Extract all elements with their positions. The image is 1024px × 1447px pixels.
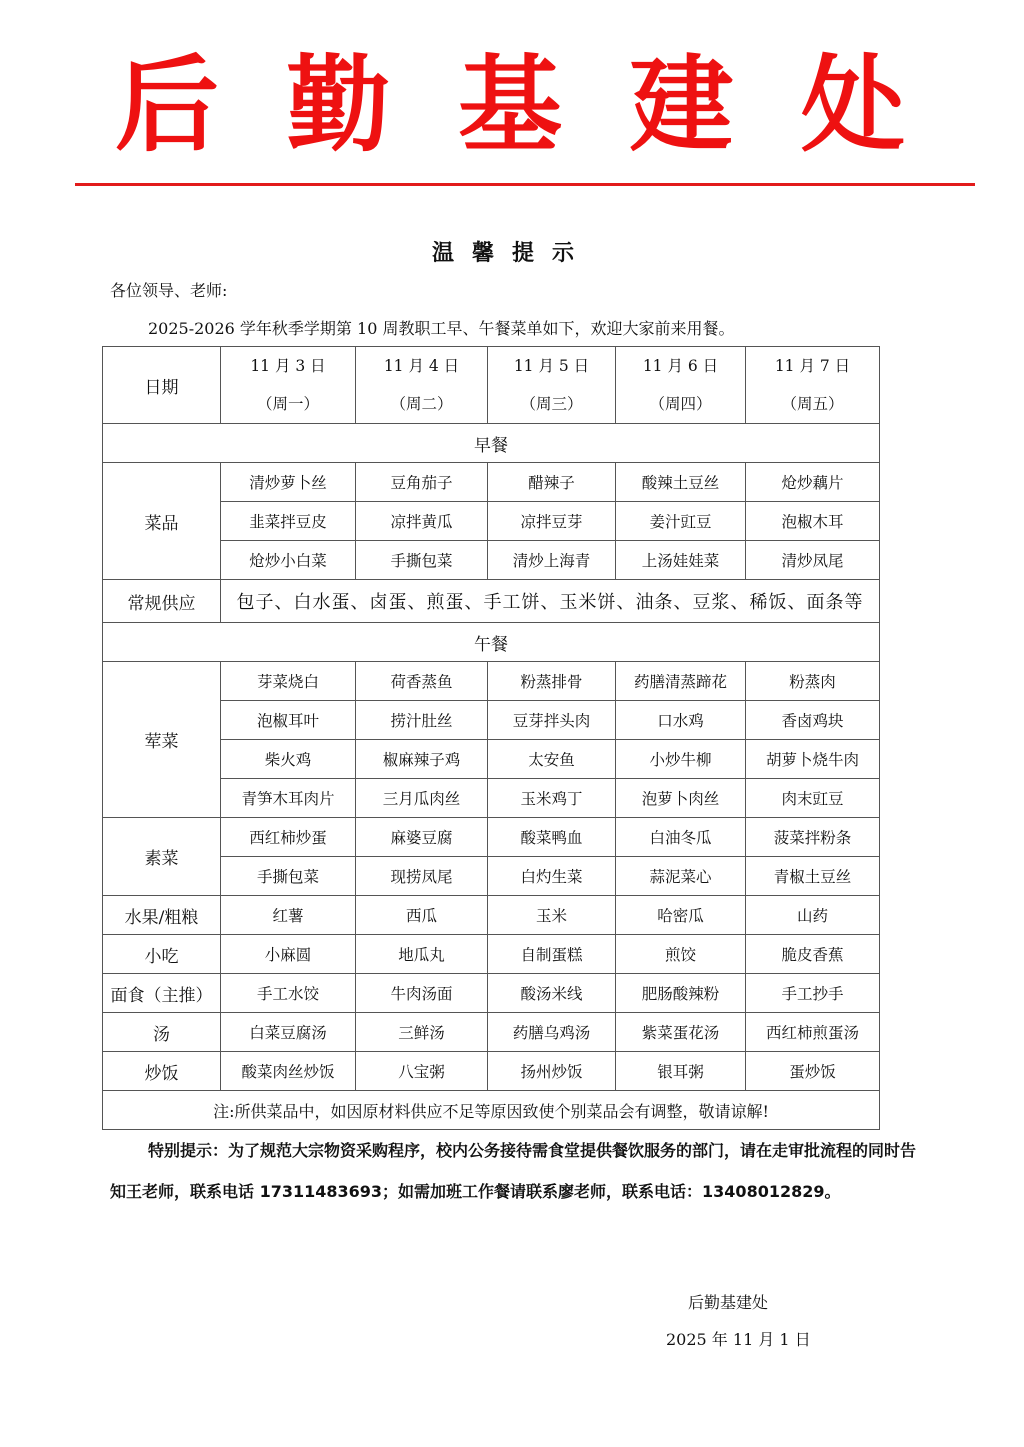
row-label-snack: 小吃 — [103, 935, 221, 974]
dish-cell: 肉末豇豆 — [746, 779, 880, 818]
dish-cell: 蒜泥菜心 — [616, 857, 746, 896]
dish-cell: 西红柿炒蛋 — [221, 818, 356, 857]
dish-cell: 姜汁豇豆 — [616, 502, 746, 541]
dish-cell: 扬州炒饭 — [488, 1052, 616, 1091]
letterhead-char: 基 — [458, 53, 562, 157]
day-header: 11 月 5 日（周三） — [488, 347, 616, 424]
dish-cell: 银耳粥 — [616, 1052, 746, 1091]
day-header: 11 月 6 日（周四） — [616, 347, 746, 424]
table-row: 汤 白菜豆腐汤 三鲜汤 药膳乌鸡汤 紫菜蛋花汤 西红柿煎蛋汤 — [103, 1013, 880, 1052]
dish-cell: 煎饺 — [616, 935, 746, 974]
dish-cell: 白油冬瓜 — [616, 818, 746, 857]
dish-cell: 三鲜汤 — [356, 1013, 488, 1052]
dish-cell: 酸辣土豆丝 — [616, 463, 746, 502]
breakfast-section-header: 早餐 — [103, 424, 880, 463]
table-row: 小吃 小麻圆 地瓜丸 自制蛋糕 煎饺 脆皮香蕉 — [103, 935, 880, 974]
table-row: 常规供应 包子、白水蛋、卤蛋、煎蛋、手工饼、玉米饼、油条、豆浆、稀饭、面条等 — [103, 580, 880, 623]
table-row: 菜品 清炒萝卜丝 豆角茄子 醋辣子 酸辣土豆丝 炝炒藕片 — [103, 463, 880, 502]
date-label: 日期 — [103, 347, 221, 424]
veg-dishes-label: 素菜 — [103, 818, 221, 896]
letterhead-char: 处 — [801, 53, 905, 157]
dish-cell: 自制蛋糕 — [488, 935, 616, 974]
dish-cell: 手撕包菜 — [356, 541, 488, 580]
dish-cell: 蛋炒饭 — [746, 1052, 880, 1091]
dish-cell: 酸菜肉丝炒饭 — [221, 1052, 356, 1091]
dish-cell: 酸汤米线 — [488, 974, 616, 1013]
dish-cell: 椒麻辣子鸡 — [356, 740, 488, 779]
dish-cell: 酸菜鸭血 — [488, 818, 616, 857]
dish-cell: 粉蒸肉 — [746, 662, 880, 701]
meat-dishes-label: 荤菜 — [103, 662, 221, 818]
dish-cell: 菠菜拌粉条 — [746, 818, 880, 857]
table-row: 荤菜 芽菜烧白 荷香蒸鱼 粉蒸排骨 药膳清蒸蹄花 粉蒸肉 — [103, 662, 880, 701]
dish-cell: 粉蒸排骨 — [488, 662, 616, 701]
dish-cell: 荷香蒸鱼 — [356, 662, 488, 701]
dish-cell: 紫菜蛋花汤 — [616, 1013, 746, 1052]
dish-cell: 炝炒藕片 — [746, 463, 880, 502]
day-header: 11 月 3 日（周一） — [221, 347, 356, 424]
lunch-section-header: 午餐 — [103, 623, 880, 662]
special-notice: 特别提示：为了规范大宗物资采购程序，校内公务接待需食堂提供餐饮服务的部门，请在走… — [110, 1130, 920, 1212]
menu-table: 日期 11 月 3 日（周一） 11 月 4 日（周二） 11 月 5 日（周三… — [102, 346, 880, 1130]
dish-cell: 玉米 — [488, 896, 616, 935]
dish-cell: 上汤娃娃菜 — [616, 541, 746, 580]
dish-cell: 小炒牛柳 — [616, 740, 746, 779]
signature-org: 后勤基建处 — [688, 1290, 768, 1313]
dish-cell: 药膳清蒸蹄花 — [616, 662, 746, 701]
dish-cell: 西瓜 — [356, 896, 488, 935]
table-note: 注:所供菜品中，如因原材料供应不足等原因致使个别菜品会有调整，敬请谅解! — [103, 1091, 880, 1130]
dish-cell: 肥肠酸辣粉 — [616, 974, 746, 1013]
letterhead-char: 建 — [629, 53, 733, 157]
dish-cell: 山药 — [746, 896, 880, 935]
dish-cell: 芽菜烧白 — [221, 662, 356, 701]
dish-cell: 醋辣子 — [488, 463, 616, 502]
breakfast-dishes-label: 菜品 — [103, 463, 221, 580]
dish-cell: 泡椒木耳 — [746, 502, 880, 541]
dish-cell: 太安鱼 — [488, 740, 616, 779]
dish-cell: 炝炒小白菜 — [221, 541, 356, 580]
dish-cell: 清炒萝卜丝 — [221, 463, 356, 502]
signature-date: 2025 年 11 月 1 日 — [666, 1327, 811, 1350]
dish-cell: 手工水饺 — [221, 974, 356, 1013]
dish-cell: 脆皮香蕉 — [746, 935, 880, 974]
dish-cell: 小麻圆 — [221, 935, 356, 974]
salutation: 各位领导、老师: — [110, 278, 227, 301]
dish-cell: 清炒凤尾 — [746, 541, 880, 580]
row-label-fruit: 水果/粗粮 — [103, 896, 221, 935]
dish-cell: 地瓜丸 — [356, 935, 488, 974]
regular-supply-items: 包子、白水蛋、卤蛋、煎蛋、手工饼、玉米饼、油条、豆浆、稀饭、面条等 — [221, 580, 880, 623]
row-label-fried-rice: 炒饭 — [103, 1052, 221, 1091]
dish-cell: 凉拌豆芽 — [488, 502, 616, 541]
dish-cell: 韭菜拌豆皮 — [221, 502, 356, 541]
regular-supply-label: 常规供应 — [103, 580, 221, 623]
table-row: 素菜 西红柿炒蛋 麻婆豆腐 酸菜鸭血 白油冬瓜 菠菜拌粉条 — [103, 818, 880, 857]
dish-cell: 豆角茄子 — [356, 463, 488, 502]
table-row: 水果/粗粮 红薯 西瓜 玉米 哈密瓜 山药 — [103, 896, 880, 935]
dish-cell: 白灼生菜 — [488, 857, 616, 896]
row-label-noodles: 面食（主推） — [103, 974, 221, 1013]
dish-cell: 青椒土豆丝 — [746, 857, 880, 896]
dish-cell: 豆芽拌头肉 — [488, 701, 616, 740]
dish-cell: 泡椒耳叶 — [221, 701, 356, 740]
dish-cell: 胡萝卜烧牛肉 — [746, 740, 880, 779]
dish-cell: 清炒上海青 — [488, 541, 616, 580]
special-notice-text: 特别提示：为了规范大宗物资采购程序，校内公务接待需食堂提供餐饮服务的部门，请在走… — [110, 1141, 916, 1201]
dish-cell: 哈密瓜 — [616, 896, 746, 935]
dish-cell: 现捞凤尾 — [356, 857, 488, 896]
dish-cell: 牛肉汤面 — [356, 974, 488, 1013]
dish-cell: 柴火鸡 — [221, 740, 356, 779]
table-row: 炒饭 酸菜肉丝炒饭 八宝粥 扬州炒饭 银耳粥 蛋炒饭 — [103, 1052, 880, 1091]
dish-cell: 白菜豆腐汤 — [221, 1013, 356, 1052]
dish-cell: 泡萝卜肉丝 — [616, 779, 746, 818]
dish-cell: 捞汁肚丝 — [356, 701, 488, 740]
dish-cell: 西红柿煎蛋汤 — [746, 1013, 880, 1052]
dish-cell: 三月瓜肉丝 — [356, 779, 488, 818]
table-row: 面食（主推） 手工水饺 牛肉汤面 酸汤米线 肥肠酸辣粉 手工抄手 — [103, 974, 880, 1013]
dish-cell: 手工抄手 — [746, 974, 880, 1013]
letterhead-divider — [75, 183, 975, 186]
dish-cell: 药膳乌鸡汤 — [488, 1013, 616, 1052]
day-header: 11 月 7 日（周五） — [746, 347, 880, 424]
dish-cell: 红薯 — [221, 896, 356, 935]
letterhead-char: 后 — [115, 53, 219, 157]
dish-cell: 八宝粥 — [356, 1052, 488, 1091]
date-header-row: 日期 11 月 3 日（周一） 11 月 4 日（周二） 11 月 5 日（周三… — [103, 347, 880, 424]
intro-paragraph: 2025-2026 学年秋季学期第 10 周教职工早、午餐菜单如下，欢迎大家前来… — [148, 316, 734, 339]
org-letterhead: 后 勤 基 建 处 — [60, 40, 960, 170]
dish-cell: 玉米鸡丁 — [488, 779, 616, 818]
row-label-soup: 汤 — [103, 1013, 221, 1052]
dish-cell: 香卤鸡块 — [746, 701, 880, 740]
dish-cell: 麻婆豆腐 — [356, 818, 488, 857]
dish-cell: 手撕包菜 — [221, 857, 356, 896]
letterhead-char: 勤 — [286, 53, 390, 157]
page-title: 温馨提示 — [0, 236, 1024, 267]
dish-cell: 凉拌黄瓜 — [356, 502, 488, 541]
dish-cell: 青笋木耳肉片 — [221, 779, 356, 818]
day-header: 11 月 4 日（周二） — [356, 347, 488, 424]
dish-cell: 口水鸡 — [616, 701, 746, 740]
